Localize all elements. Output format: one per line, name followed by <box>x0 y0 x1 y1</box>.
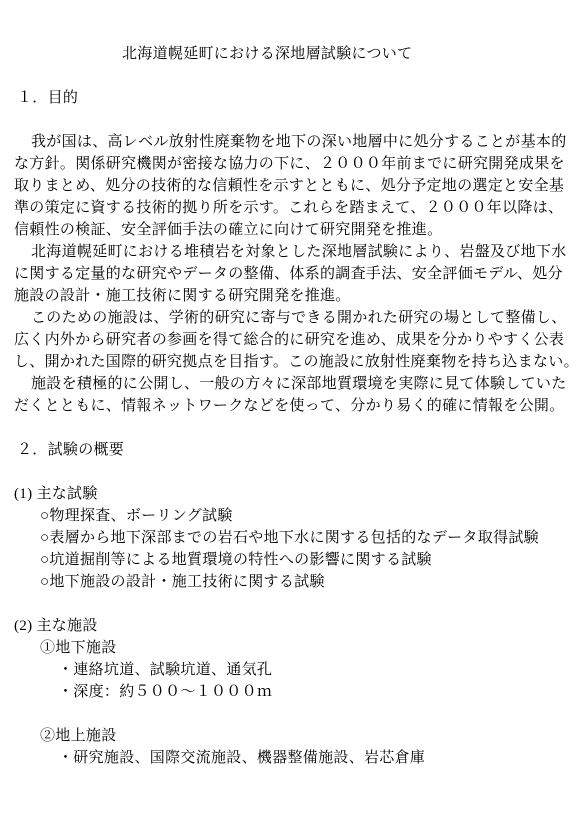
text-line: 施設を積極的に公開し、一般の方々に深部地質環境を実際に見て体験していた <box>14 373 578 395</box>
document-title: 北海道幌延町における深地層試験について <box>14 43 578 65</box>
text-line: ○表層から地下深部までの岩石や地下水に関する包括的なデータ取得試験 <box>14 527 578 549</box>
text-line: 広く内外から研究者の参画を得て総合的に研究を進め、成果を分かりやすく公表 <box>14 329 578 351</box>
text-line: ①地下施設 <box>14 637 578 659</box>
text-line: 施設の設計・施工技術に関する研究開発を推進。 <box>14 285 578 307</box>
document-page: 北海道幌延町における深地層試験について １．目的我が国は、高レベル放射性廃棄物を… <box>0 0 582 824</box>
text-line <box>14 461 578 483</box>
text-line: １．目的 <box>14 87 578 109</box>
text-line <box>14 593 578 615</box>
text-line: ・連絡坑道、試験坑道、通気孔 <box>14 659 578 681</box>
text-line: ・研究施設、国際交流施設、機器整備施設、岩芯倉庫 <box>14 747 578 769</box>
text-line: 準の策定に資する技術的拠り所を示す。これらを踏まえて、２０００年以降は、 <box>14 197 578 219</box>
text-line: 信頼性の検証、安全評価手法の確立に向けて研究開発を推進。 <box>14 219 578 241</box>
document-body: １．目的我が国は、高レベル放射性廃棄物を地下の深い地層中に処分することが基本的な… <box>14 87 578 769</box>
text-line <box>14 703 578 725</box>
text-line: ○地下施設の設計・施工技術に関する試験 <box>14 571 578 593</box>
text-line: ○坑道掘削等による地質環境の特性への影響に関する試験 <box>14 549 578 571</box>
text-line: だくとともに、情報ネットワークなどを使って、分かり易く的確に情報を公開。 <box>14 395 578 417</box>
text-line: な方針。関係研究機関が密接な協力の下に、２０００年前までに研究開発成果を <box>14 153 578 175</box>
text-line: ２．試験の概要 <box>14 439 578 461</box>
text-line: (2) 主な施設 <box>14 615 578 637</box>
text-line <box>14 109 578 131</box>
text-line: 北海道幌延町における堆積岩を対象とした深地層試験により、岩盤及び地下水 <box>14 241 578 263</box>
text-line: (1) 主な試験 <box>14 483 578 505</box>
text-line: 我が国は、高レベル放射性廃棄物を地下の深い地層中に処分することが基本的 <box>14 131 578 153</box>
text-line: ②地上施設 <box>14 725 578 747</box>
text-line: ○物理探査、ボーリング試験 <box>14 505 578 527</box>
text-line: ・深度：約５００～１０００ｍ <box>14 681 578 703</box>
text-line <box>14 417 578 439</box>
text-line: このための施設は、学術的研究に寄与できる開かれた研究の場として整備し、 <box>14 307 578 329</box>
text-line: 取りまとめ、処分の技術的な信頼性を示すとともに、処分予定地の選定と安全基 <box>14 175 578 197</box>
text-line: し、開かれた国際的研究拠点を目指す。この施設に放射性廃棄物を持ち込まない。 <box>14 351 578 373</box>
text-line: に関する定量的な研究やデータの整備、体系的調査手法、安全評価モデル、処分 <box>14 263 578 285</box>
